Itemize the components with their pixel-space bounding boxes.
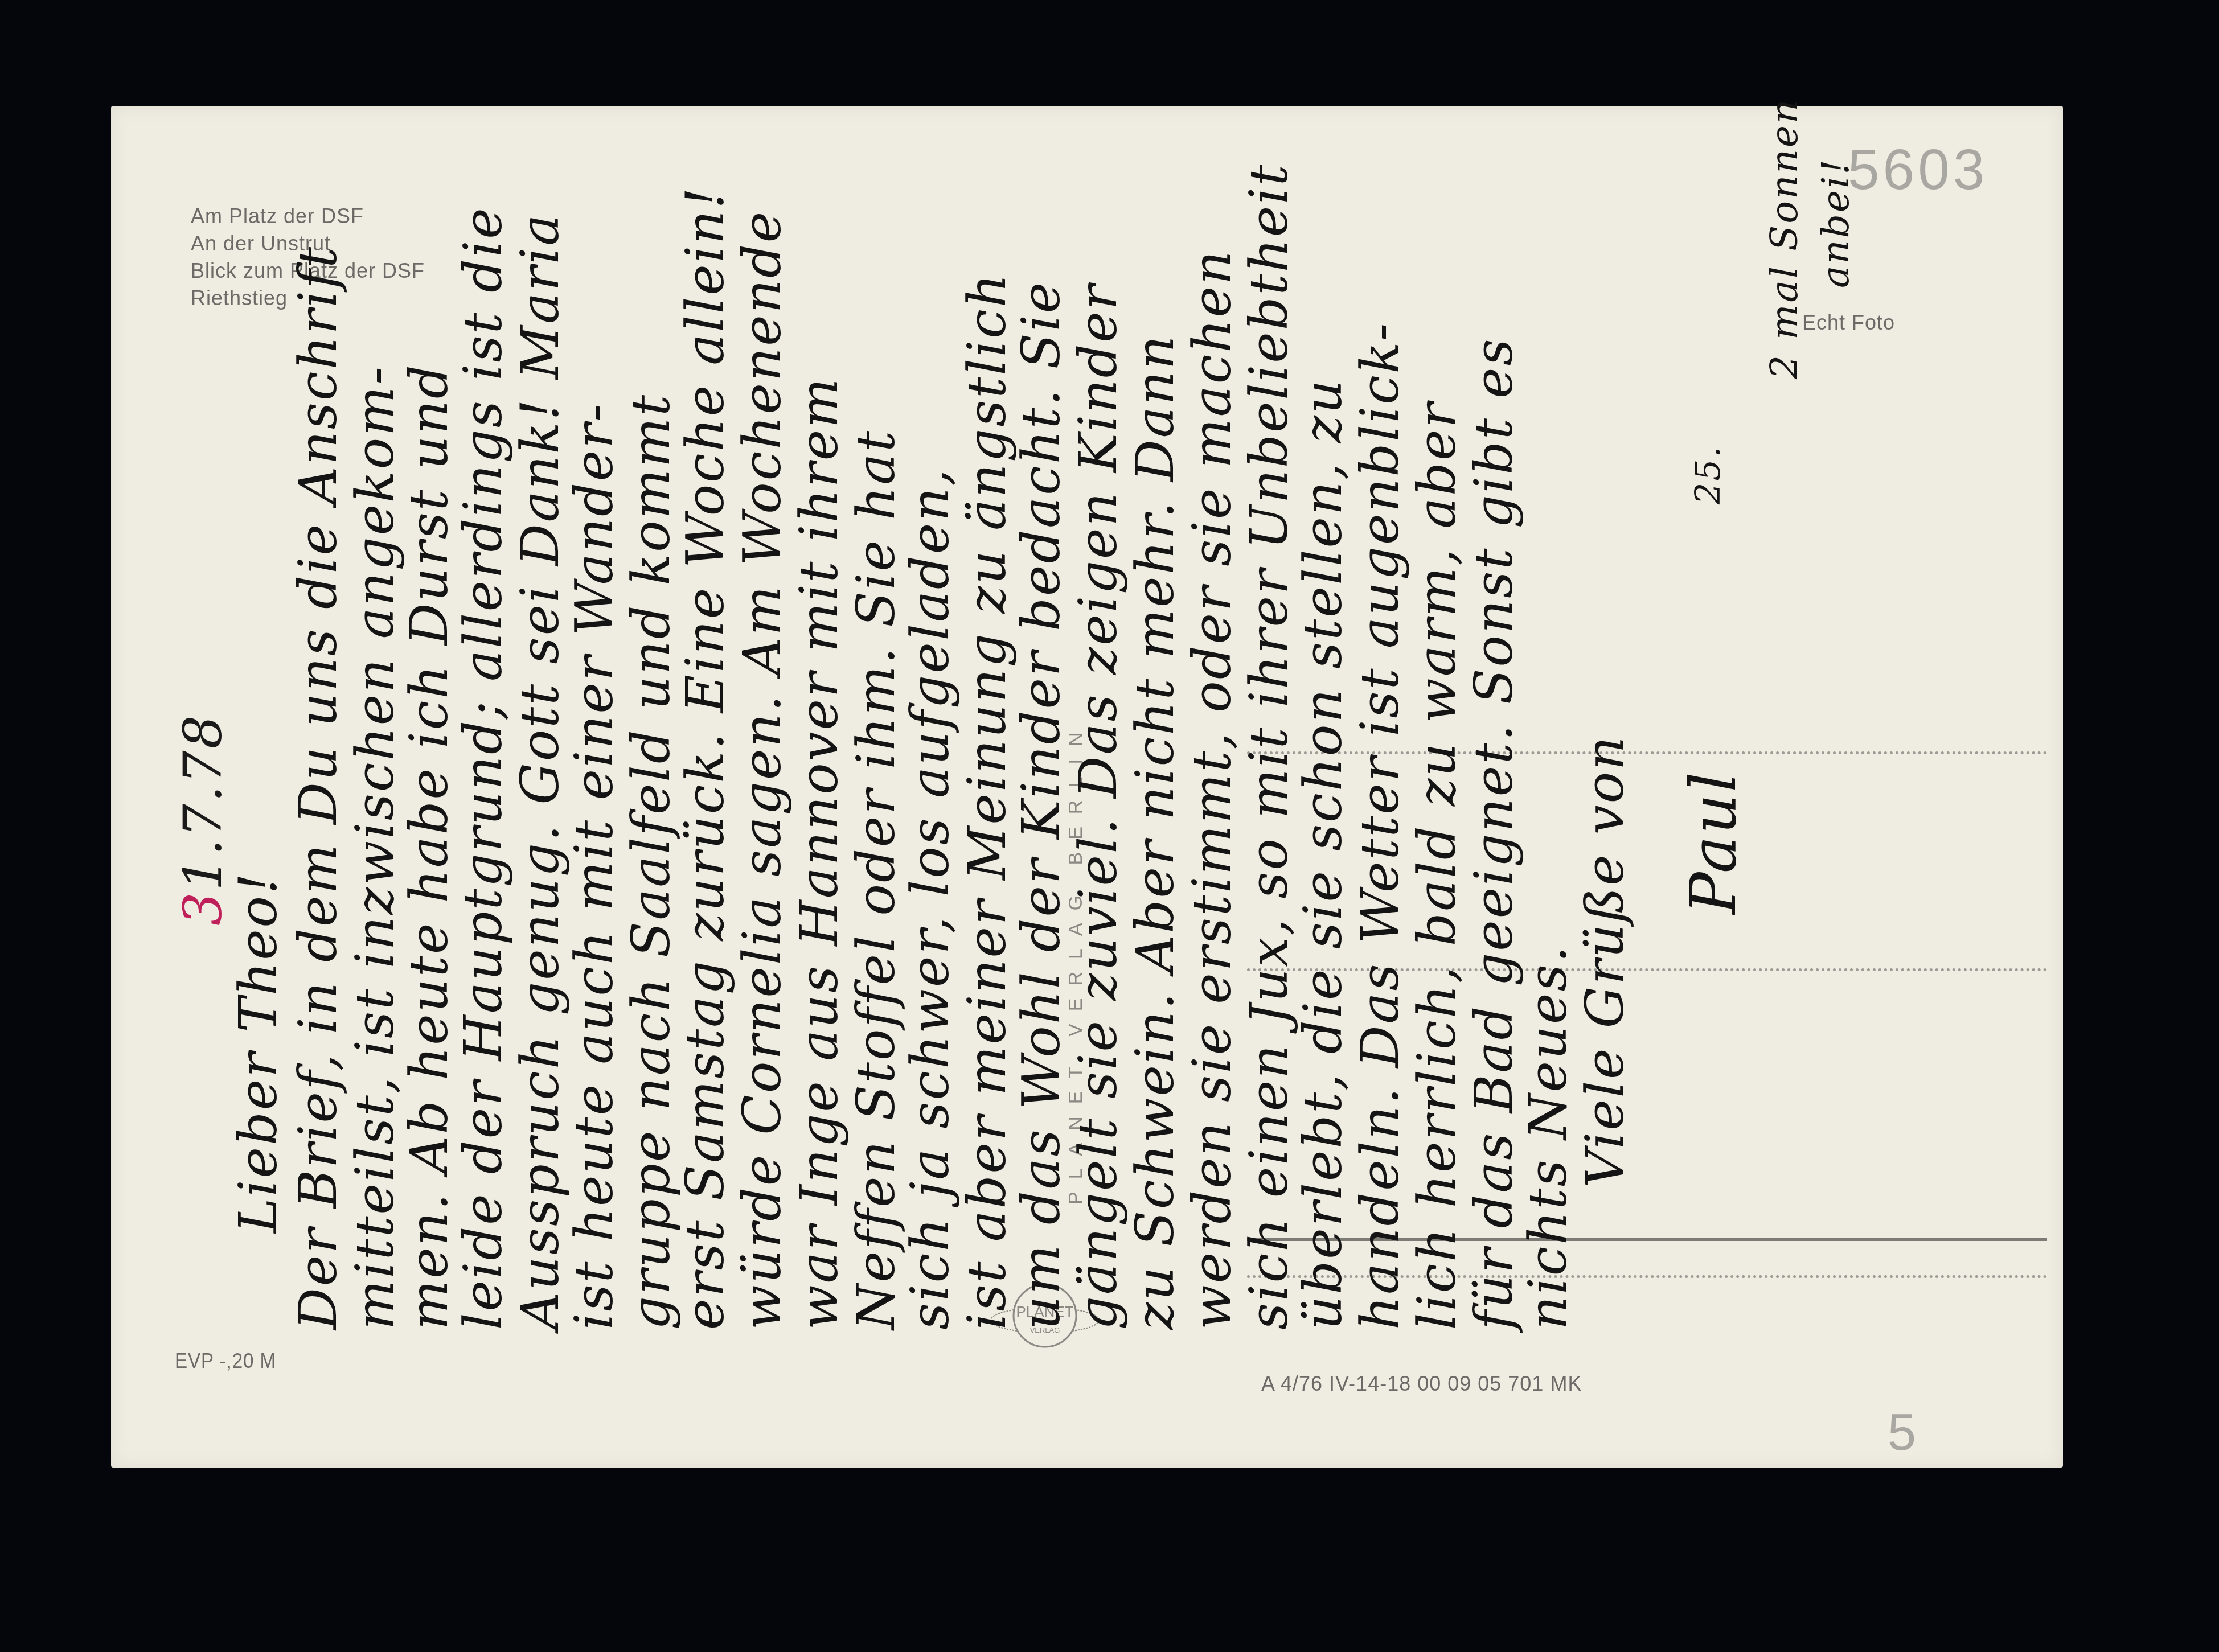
- message-line: Neffen Stoffel oder ihm. Sie hat: [846, 429, 907, 1330]
- message-line: Der Brief, in dem Du uns die Anschrift: [288, 245, 348, 1330]
- signature: Paul: [1677, 770, 1750, 914]
- print-code: A 4/76 IV-14-18 00 09 05 701 MK: [1261, 1372, 1582, 1396]
- echt-foto-label: Echt Foto: [1802, 311, 1895, 335]
- postscript-line: anbei!: [1814, 158, 1857, 288]
- message-line: sich ja schwer, los aufgeladen,: [900, 467, 961, 1330]
- postcard-back: Am Platz der DSF An der Unstrut Blick zu…: [111, 106, 2063, 1468]
- message-line: gruppe nach Saalfeld und kommt: [621, 393, 682, 1330]
- message-line: sich einen Jux, so mit ihrer Unbeliebthe…: [1238, 163, 1299, 1330]
- message-line: handeln. Das Wetter ist augenblick-: [1350, 322, 1410, 1330]
- message-line: überlebt, die sie schon stellen, zu: [1293, 379, 1353, 1330]
- message-line: würde Cornelia sagen. Am Wochenende: [732, 210, 793, 1330]
- price-label: EVP -,20 M: [175, 1349, 276, 1373]
- closing: Viele Grüße von: [1574, 735, 1635, 1187]
- message-line: für das Bad geeignet. Sonst gibt es: [1463, 337, 1524, 1330]
- postscript-number: 25.: [1688, 445, 1728, 504]
- postscript-line: 2 mal Sonnen: [1762, 97, 1806, 379]
- salutation: Lieber Theo!: [228, 872, 289, 1233]
- message-line: gängelt sie zuviel. Das zeigen Kinder: [1068, 283, 1129, 1330]
- date: 31.7.78: [173, 714, 233, 926]
- archive-number: 5603: [1848, 137, 1988, 203]
- message-line: werden sie erstimmt, oder sie machen: [1182, 249, 1242, 1330]
- message-line: ist heute auch mit einer Wander-: [564, 402, 625, 1330]
- caption-line: Am Platz der DSF: [191, 203, 425, 230]
- message-line: mitteilst, ist inzwischen angekom-: [344, 365, 405, 1330]
- message-line: war Inge aus Hannover mit ihrem: [789, 377, 850, 1330]
- message-line: erst Samstag zurück. Eine Woche allein!: [675, 186, 736, 1330]
- pencil-mark: 5: [1888, 1404, 1916, 1462]
- message-line: um das Wohl der Kinder bedacht. Sie: [1011, 281, 1072, 1330]
- message-line: men. Ab heute habe ich Durst und: [399, 363, 460, 1330]
- message-line: nichts Neues.: [1517, 944, 1578, 1330]
- message-line: Ausspruch genug. Gott sei Dank! Maria: [510, 213, 571, 1330]
- message-line: leide der Hauptgrund; allerdings ist die: [453, 206, 514, 1330]
- message-line: zu Schwein. Aber nicht mehr. Dann: [1125, 334, 1186, 1330]
- message-line: ist aber meiner Meinung zu ängstlich: [957, 272, 1018, 1330]
- message-line: lich herrlich, bald zu warm, aber: [1406, 401, 1467, 1330]
